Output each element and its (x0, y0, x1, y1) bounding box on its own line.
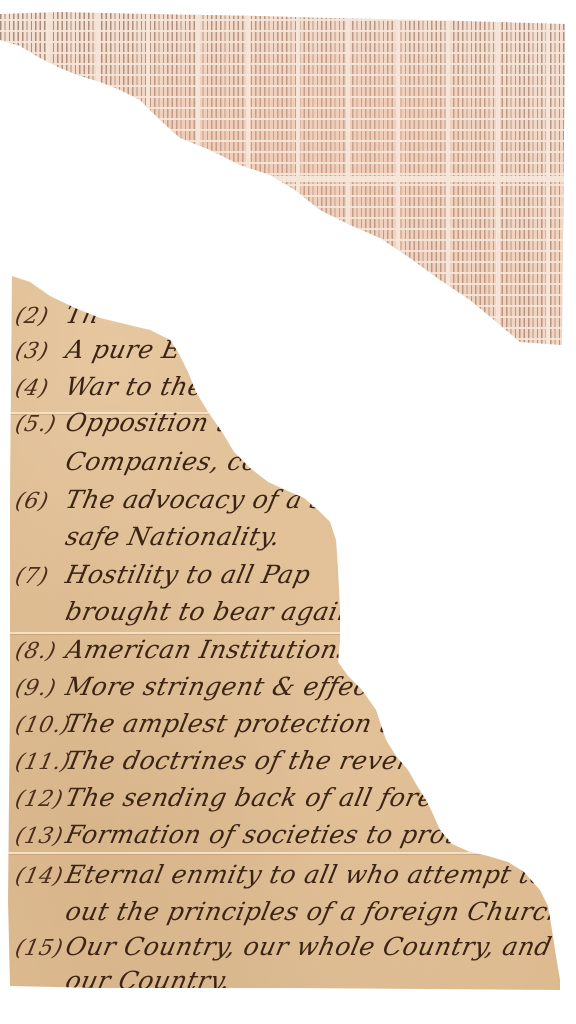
manuscript-line: (6)The advocacy of a s (13, 485, 327, 514)
manuscript-line: (15)Our Country, our whole Country, and … (13, 932, 576, 961)
newspaper-scrap: Torn piece of vertically printed newspap… (0, 0, 576, 360)
manuscript-line: (12)The sending back of all foreign p (13, 783, 503, 812)
manuscript-line: (10.)The amplest protection to Pro (13, 709, 463, 738)
manuscript-line: our Country. (13, 966, 233, 995)
manuscript-line: (14)Eternal enmity to all who attempt to… (13, 860, 576, 889)
newspaper-row-gap (0, 176, 576, 182)
collage-canvas: Torn piece of vertically printed newspap… (0, 0, 576, 1024)
manuscript-line: Companies, com (13, 447, 285, 476)
manuscript-line: (4)War to the (13, 372, 206, 401)
manuscript-line: (3)A pure E (13, 335, 184, 364)
manuscript-line: safe Nationality. (13, 522, 283, 551)
manuscript-line: (13)Formation of societies to protect Am… (13, 820, 576, 849)
manuscript-line: (7)Hostility to all Pap (13, 560, 313, 589)
manuscript-line: (8.)American Institutions & (13, 635, 385, 664)
manuscript-line: (5.)Opposition to (13, 408, 246, 437)
manuscript-line: out the principles of a foreign Church o… (13, 897, 576, 926)
manuscript-fold-line (0, 852, 576, 854)
manuscript-line: (9.)More stringent & effective C (13, 672, 449, 701)
manuscript-line: (11.)The doctrines of the revered W (13, 746, 480, 775)
manuscript-line: brought to bear against (13, 597, 381, 626)
manuscript-fold-line (0, 632, 576, 634)
manuscript-line: (2)Th (13, 300, 103, 329)
